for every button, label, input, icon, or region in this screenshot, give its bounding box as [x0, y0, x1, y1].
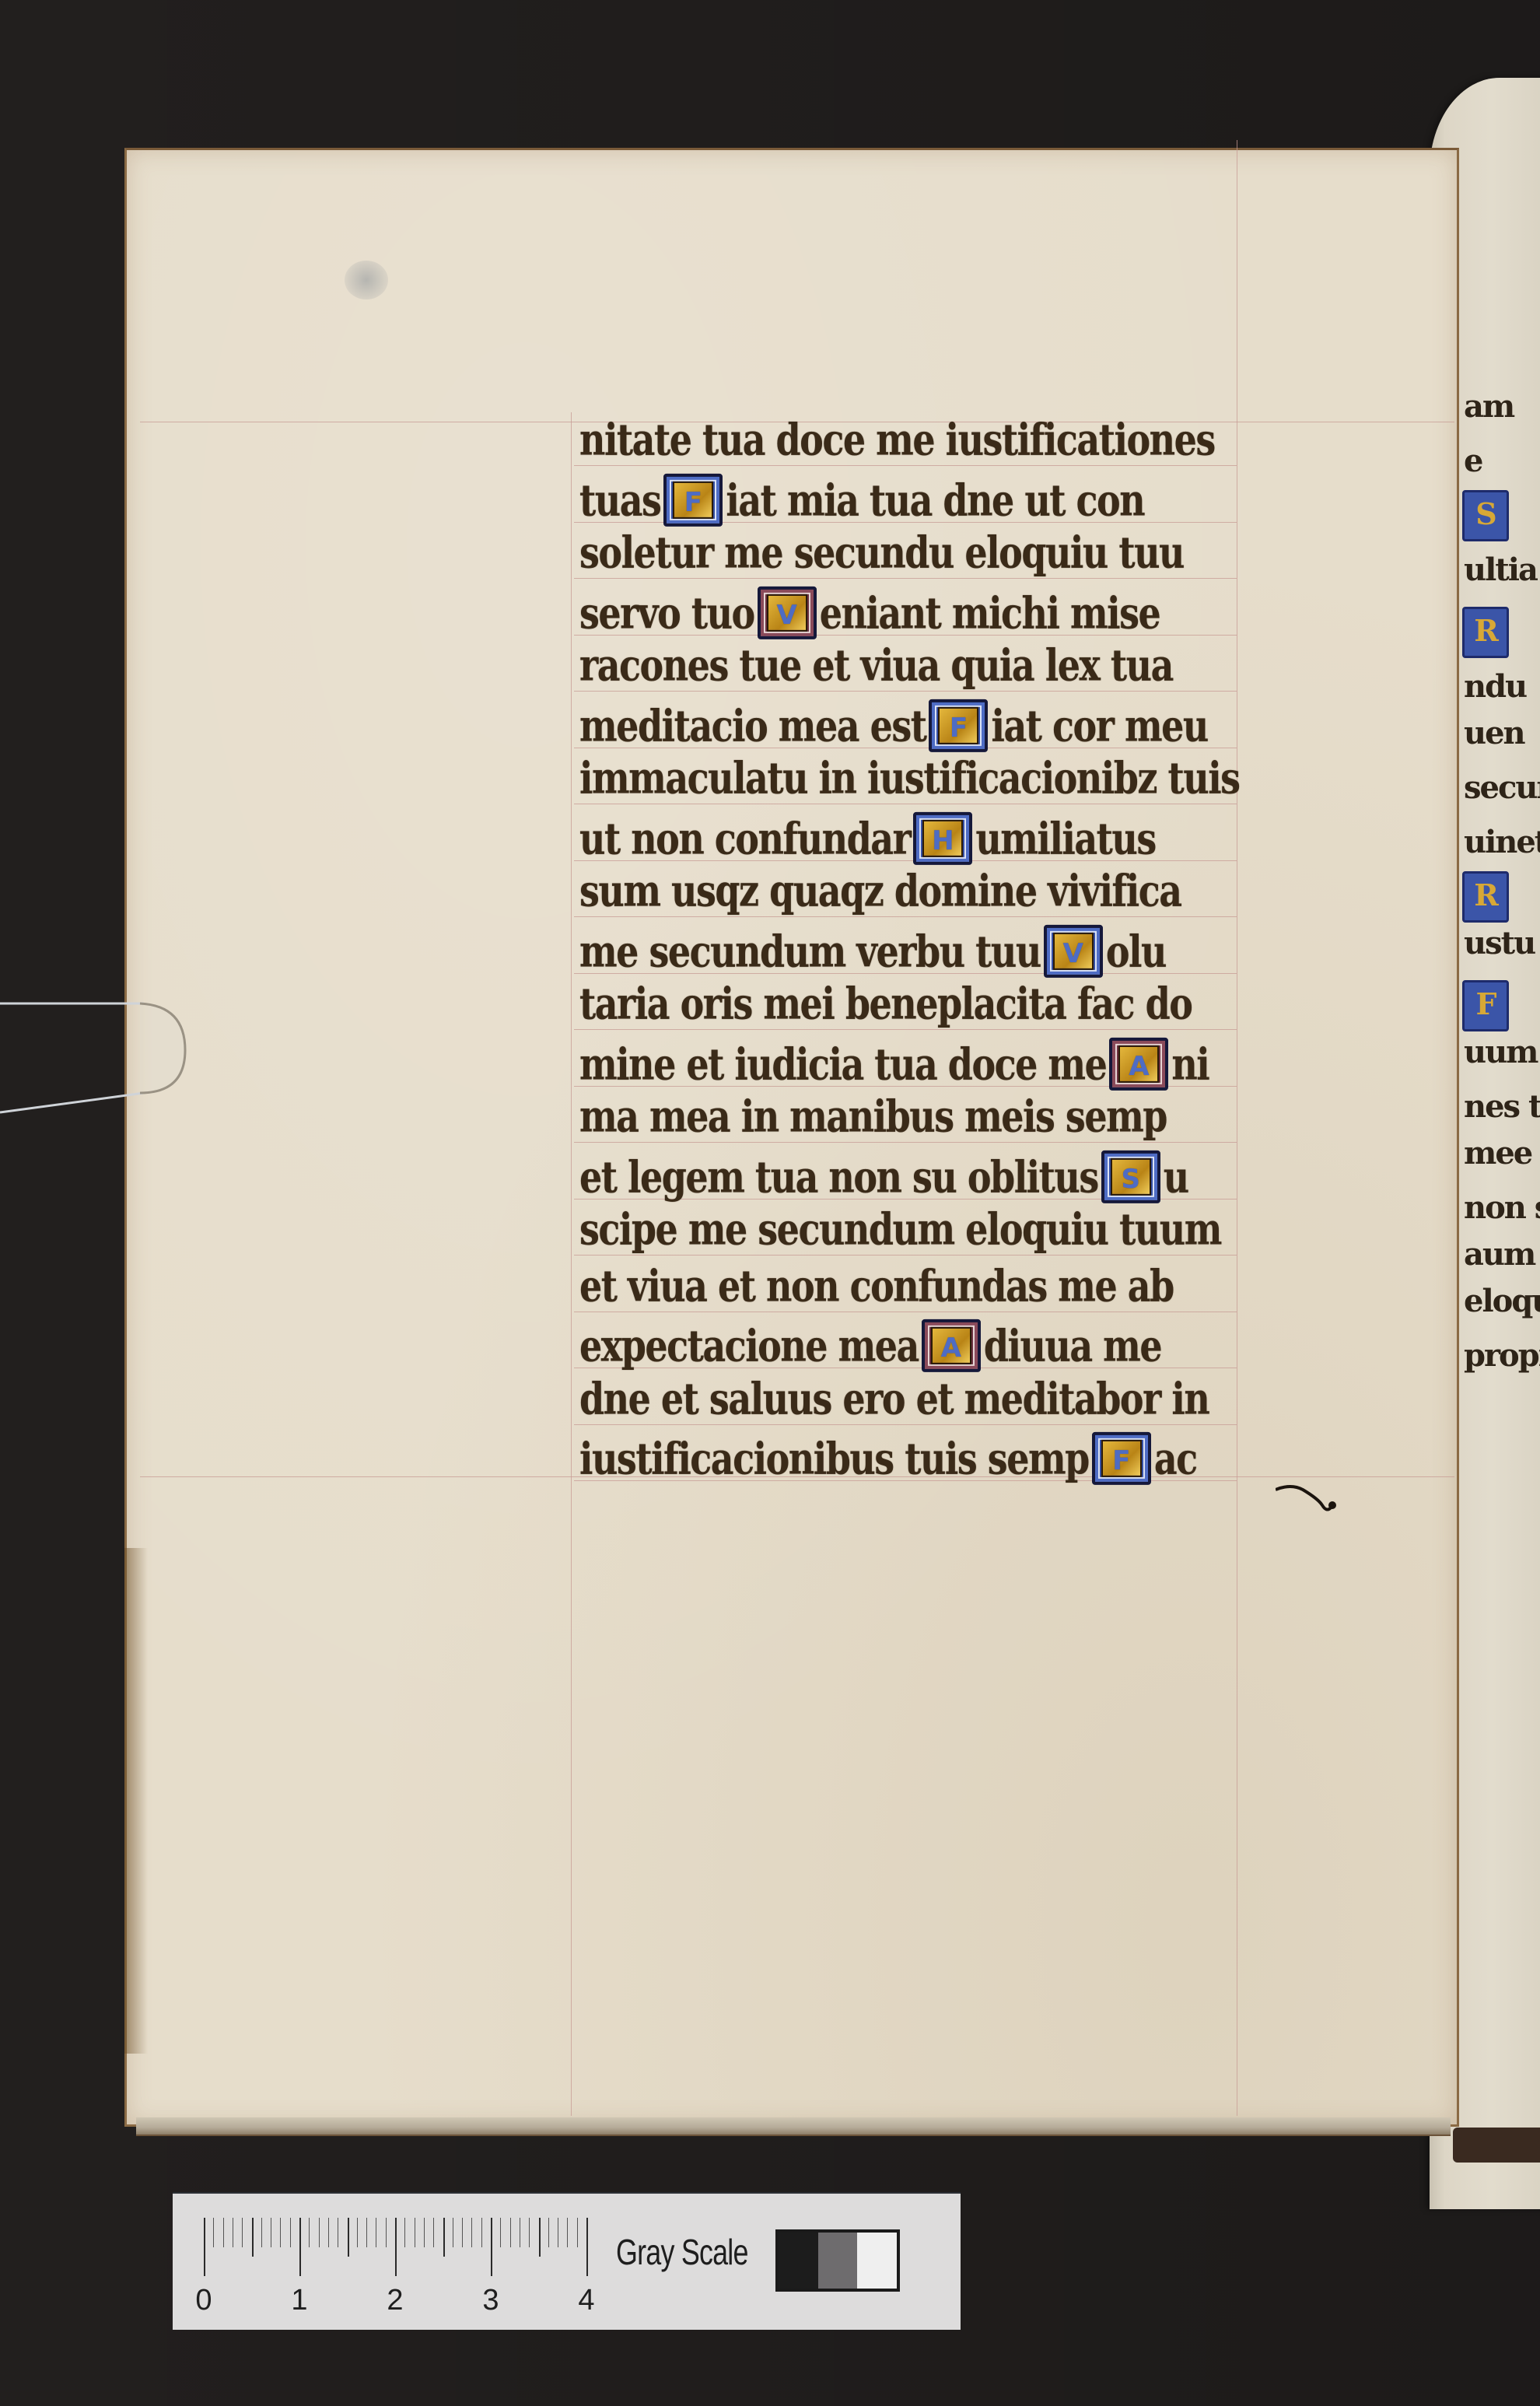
- facing-initial: R: [1462, 871, 1509, 923]
- facing-text-line: uum: [1464, 1027, 1538, 1078]
- clip-icon: [0, 1000, 187, 1124]
- ruler-tick: [558, 2218, 558, 2247]
- initial-letter: H: [922, 819, 963, 856]
- facing-text-line: mee e: [1464, 1128, 1540, 1179]
- ruler-tick: [252, 2218, 254, 2257]
- ruler-tick: [204, 2218, 205, 2276]
- ruler-label: 0: [192, 2284, 215, 2317]
- ruler-tick: [586, 2218, 588, 2276]
- scale-card: 01234 Gray Scale: [173, 2192, 961, 2330]
- ruler-tick: [462, 2218, 463, 2247]
- ruling-right: [1237, 140, 1237, 2116]
- folio-bottom-edge: [136, 2117, 1451, 2136]
- gray-swatch-cell: [818, 2233, 858, 2289]
- ruler-label: 4: [575, 2284, 598, 2317]
- gray-scale-label: Gray Scale: [616, 2231, 748, 2273]
- ruler-tick: [348, 2218, 349, 2257]
- ruler-label: 3: [479, 2284, 502, 2317]
- facing-text-line: non su: [1464, 1182, 1540, 1234]
- facing-initial: F: [1462, 980, 1509, 1031]
- ruler-tick: [338, 2218, 338, 2247]
- text-segment: ac: [1154, 1424, 1197, 1494]
- ruler-tick: [548, 2218, 549, 2247]
- ruler-label: 2: [383, 2284, 407, 2317]
- facing-text-line: nes tu: [1464, 1081, 1540, 1133]
- gray-swatch-cell: [779, 2233, 818, 2289]
- ruler-tick: [309, 2218, 310, 2247]
- ruler-tick: [491, 2218, 492, 2276]
- ruler-tick: [290, 2218, 291, 2247]
- initial-letter: V: [1053, 932, 1094, 969]
- facing-text-line: ndu: [1464, 661, 1526, 713]
- ruler-tick: [376, 2218, 376, 2247]
- gray-swatch-cell: [857, 2233, 897, 2289]
- ruling-left: [571, 412, 572, 2116]
- facing-text-line: aum m: [1464, 1229, 1540, 1280]
- ruler-tick: [510, 2218, 511, 2247]
- ruler-tick: [577, 2218, 578, 2247]
- facing-text-line: uen: [1464, 708, 1524, 759]
- facing-text-line: uinet: [1464, 817, 1540, 868]
- ruler-tick: [223, 2218, 224, 2247]
- initial-letter: V: [767, 594, 807, 631]
- ruler-tick: [280, 2218, 281, 2247]
- ruler-tick: [443, 2218, 445, 2257]
- ruler-tick: [539, 2218, 541, 2257]
- ruler: 01234: [173, 2194, 608, 2330]
- text-segment: iustificacionibus tuis semp: [579, 1424, 1089, 1494]
- flourish-icon: [1276, 1482, 1338, 1521]
- ruler-tick: [386, 2218, 387, 2247]
- ruler-tick: [424, 2218, 425, 2247]
- ruler-tick: [404, 2218, 405, 2247]
- edge-stain: [124, 1548, 148, 2054]
- ruler-tick: [261, 2218, 262, 2247]
- ruler-tick: [500, 2218, 501, 2247]
- binding-edge: [1453, 2128, 1540, 2163]
- ruler-tick: [481, 2218, 482, 2247]
- facing-text-line: eloqu: [1464, 1276, 1540, 1327]
- facing-text-line: secund: [1464, 762, 1540, 814]
- ruler-tick: [415, 2218, 415, 2247]
- facing-text-line: e: [1464, 436, 1482, 487]
- ruler-tick: [520, 2218, 520, 2247]
- ruler-tick: [453, 2218, 453, 2247]
- ruler-tick: [233, 2218, 233, 2247]
- facing-initial: S: [1462, 490, 1509, 541]
- ruler-tick: [213, 2218, 214, 2247]
- stain-spot: [345, 261, 388, 299]
- initial-letter: A: [931, 1327, 971, 1364]
- facing-text-line: am: [1464, 381, 1514, 433]
- ruler-tick: [357, 2218, 358, 2247]
- initial-letter: F: [938, 706, 978, 744]
- ruler-tick: [433, 2218, 434, 2247]
- ruler-tick: [242, 2218, 243, 2247]
- ruler-tick: [328, 2218, 329, 2247]
- ruler-tick: [271, 2218, 271, 2247]
- text-segment: ni: [1171, 1028, 1209, 1098]
- facing-initial: R: [1462, 607, 1509, 658]
- facing-text-line: ultia: [1464, 545, 1537, 596]
- illuminated-initial: F: [1092, 1432, 1151, 1485]
- initial-letter: F: [673, 481, 713, 518]
- initial-letter: F: [1101, 1440, 1142, 1477]
- ruler-tick: [395, 2218, 397, 2276]
- ruler-label: 1: [288, 2284, 311, 2317]
- ruler-tick: [319, 2218, 320, 2247]
- ruler-tick: [366, 2218, 367, 2247]
- ruler-tick: [567, 2218, 568, 2247]
- ruler-tick: [529, 2218, 530, 2247]
- text-line: iustificacionibus tuis sempFac: [579, 1420, 1197, 1490]
- gray-scale-swatch: [775, 2229, 900, 2292]
- ruler-tick: [299, 2218, 301, 2276]
- facing-text-line: ustu: [1464, 918, 1535, 969]
- ruler-tick: [471, 2218, 472, 2247]
- facing-text-line: propm: [1464, 1330, 1540, 1382]
- initial-letter: A: [1118, 1045, 1159, 1082]
- initial-letter: S: [1111, 1157, 1151, 1195]
